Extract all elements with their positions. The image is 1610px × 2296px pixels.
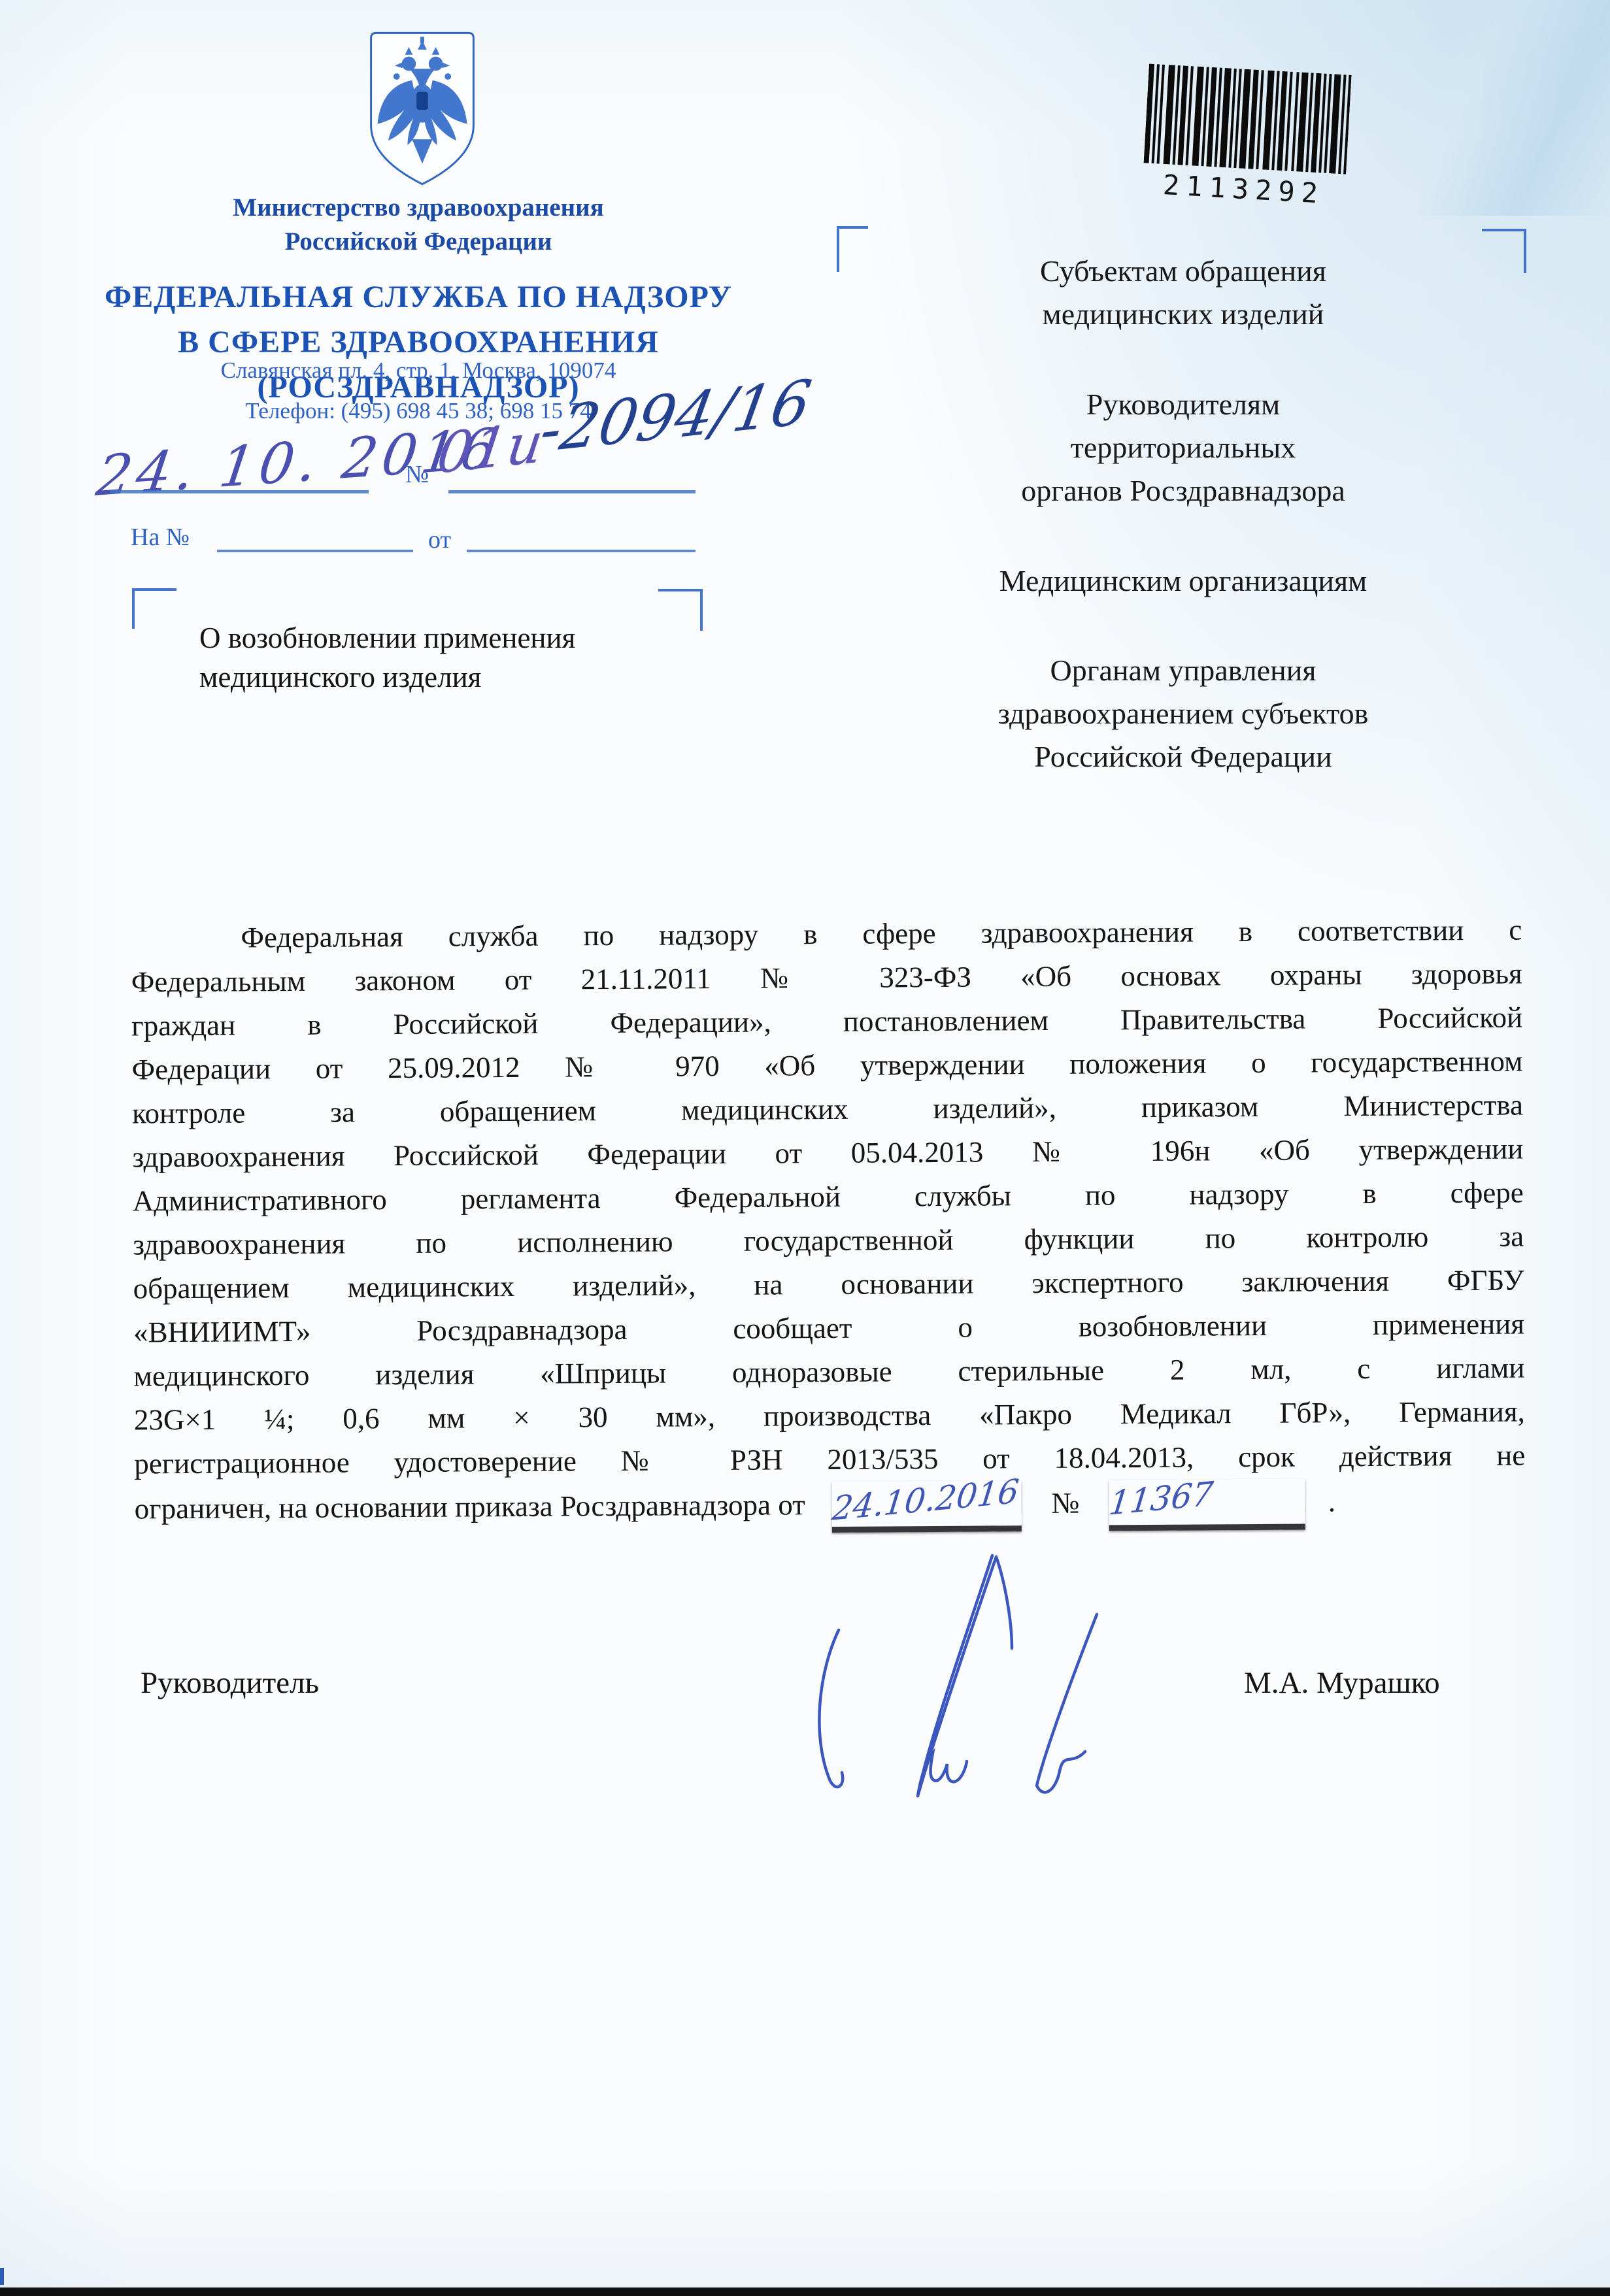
body-paragraph: Федеральная служба по надзору в сфере зд…: [131, 908, 1526, 1530]
reply-date-label: от: [428, 525, 451, 554]
subject: О возобновлении применения медицинского …: [199, 618, 696, 697]
body-last-line: ограничен, на основании приказа Росздрав…: [134, 1477, 1525, 1529]
outgoing-number-part1: 01и: [433, 410, 547, 486]
date-underline: [110, 490, 369, 493]
addressee-line: Руководителям: [902, 383, 1464, 426]
addressee-line: Субъектам обращения: [902, 250, 1464, 293]
addressee-line: Российской Федерации: [902, 735, 1464, 778]
handwritten-order-date: 24.10.2016: [832, 1480, 1022, 1533]
addressee-line: Органам управления: [902, 649, 1464, 692]
ministry-name: Министерство здравоохранения Российской …: [92, 191, 745, 259]
addressee-line: медицинских изделий: [902, 293, 1464, 336]
addressee-block-1: Субъектам обращения медицинских изделий: [902, 250, 1464, 336]
addressee-line: органов Росздравнадзора: [902, 469, 1464, 512]
barcode-number: 2113292: [1135, 167, 1352, 211]
ministry-line2: Российской Федерации: [92, 225, 745, 259]
addressee-bracket-left: [837, 226, 868, 272]
subject-line2: медицинского изделия: [199, 657, 696, 697]
addressee-line: Медицинским организациям: [902, 559, 1464, 603]
order-number-sign: №: [1051, 1487, 1079, 1520]
signer-name: М.А. Мурашко: [1244, 1665, 1440, 1701]
barcode: 2113292: [1135, 63, 1358, 211]
service-line1: ФЕДЕРАЛЬНАЯ СЛУЖБА ПО НАДЗОРУ: [52, 275, 784, 320]
body-line-text: ограничен, на основании приказа Росздрав…: [135, 1488, 806, 1525]
addressee-block-3: Медицинским организациям: [902, 559, 1464, 603]
number-sign: №: [405, 460, 429, 489]
handwritten-order-number: 11367: [1109, 1479, 1305, 1531]
reply-number-label: На №: [131, 523, 190, 552]
addressee-bracket-right: [1482, 229, 1526, 273]
barcode-bars: [1144, 64, 1352, 175]
number-underline: [448, 490, 696, 493]
scan-bottom-edge: [0, 2288, 1610, 2296]
russia-coat-of-arms-icon: [358, 29, 486, 194]
signature-stroke: [731, 1537, 1228, 1822]
signer-title: Руководитель: [141, 1665, 319, 1701]
addressee-line: здравоохранением субъектов: [902, 692, 1464, 735]
scanned-letter-page: 2113292 Министерство здравоохранения Рос…: [0, 0, 1610, 2296]
subject-line1: О возобновлении применения: [199, 618, 696, 657]
reply-date-underline: [467, 550, 696, 552]
addressee-line: территориальных: [902, 426, 1464, 469]
addressee-block-4: Органам управления здравоохранением субъ…: [902, 649, 1464, 778]
scan-edge-mark: [0, 2268, 4, 2285]
subject-bracket-left: [132, 588, 176, 629]
sentence-period: .: [1328, 1485, 1336, 1518]
addressee-block-2: Руководителям территориальных органов Ро…: [902, 383, 1464, 512]
reply-number-underline: [217, 550, 413, 552]
ministry-line1: Министерство здравоохранения: [92, 191, 745, 225]
